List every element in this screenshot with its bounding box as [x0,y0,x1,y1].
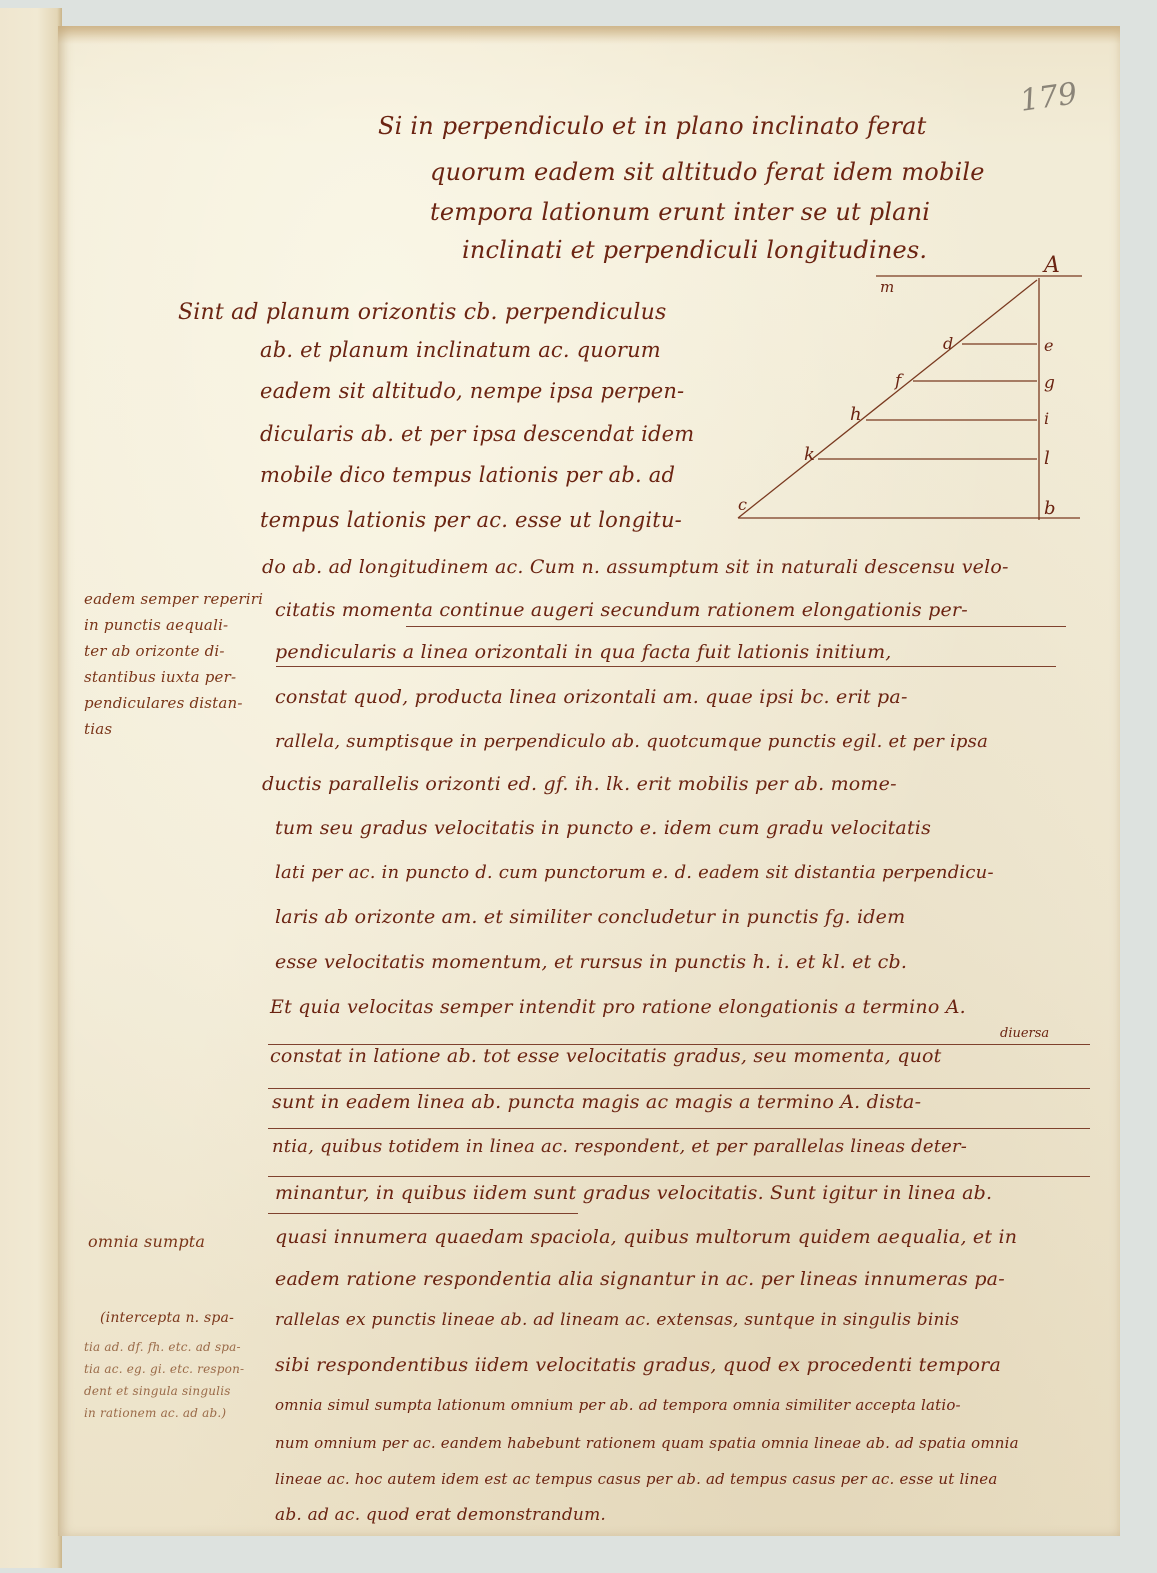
body-line: ab. ad ac. quod erat demonstrandum. [275,1505,606,1525]
underline [268,1176,1090,1177]
body-line: ductis parallelis orizonti ed. gf. ih. l… [262,773,897,795]
body-line: pendicularis a linea orizontali in qua f… [275,641,892,663]
margin-line: tia ad. df. fh. etc. ad spa- [84,1340,241,1354]
margin-line: tias [84,720,112,738]
label-l: l [1044,448,1050,469]
label-i: i [1044,409,1049,428]
body-line: ntia, quibus totidem in linea ac. respon… [272,1136,967,1157]
body-line: ab. et planum inclinatum ac. quorum [260,338,661,362]
margin-line: tia ac. eg. gi. etc. respon- [84,1362,244,1376]
body-line: laris ab orizonte am. et similiter concl… [275,906,905,928]
label-k: k [804,444,815,465]
underline [406,626,1066,627]
body-line: esse velocitatis momentum, et rursus in … [275,951,907,973]
label-A: A [1042,253,1060,278]
body-line: dicularis ab. et per ipsa descendat idem [260,422,694,446]
body-line: eadem ratione respondentia alia signantu… [275,1268,1005,1290]
body-line: sunt in eadem linea ab. puncta magis ac … [272,1091,921,1113]
underline [268,1128,1090,1129]
body-line: omnia simul sumpta lationum omnium per a… [275,1396,961,1414]
margin-line: eadem semper reperiri [84,590,263,608]
inclined-plane-ac [738,280,1037,518]
label-b: b [1044,498,1056,519]
margin-line: ter ab orizonte di- [84,642,225,660]
label-h: h [850,404,862,425]
body-line: lati per ac. in puncto d. cum punctorum … [275,862,994,883]
underline [276,666,1056,667]
label-g: g [1044,373,1055,393]
margin-line: in rationem ac. ad ab.) [84,1406,226,1420]
label-c: c [738,495,747,514]
body-line: rallela, sumptisque in perpendiculo ab. … [275,731,988,752]
body-line: Sint ad planum orizontis cb. perpendicul… [178,300,666,325]
body-line: Et quia velocitas semper intendit pro ra… [270,996,966,1018]
body-line: citatis momenta continue augeri secundum… [275,599,968,621]
body-line: num omnium per ac. eandem habebunt ratio… [275,1434,1019,1452]
underline [268,1088,1090,1089]
margin-line: (intercepta n. spa- [100,1310,234,1326]
body-line: lineae ac. hoc autem idem est ac tempus … [275,1470,998,1488]
body-line: constat quod, producta linea orizontali … [275,686,908,708]
underline [268,1213,578,1214]
margin-line: pendiculares distan- [84,694,243,712]
body-line: do ab. ad longitudinem ac. Cum n. assump… [262,556,1009,578]
body-line: tum seu gradus velocitatis in puncto e. … [275,817,931,839]
margin-line: in punctis aequali- [84,616,228,634]
label-m: m [880,278,894,296]
body-line: sibi respondentibus iidem velocitatis gr… [275,1354,1001,1376]
body-line: tempus lationis per ac. esse ut longitu- [260,508,682,532]
body-line: eadem sit altitudo, nempe ipsa perpen- [260,379,684,403]
body-line: mobile dico tempus lationis per ab. ad [260,463,675,487]
margin-line: stantibus iuxta per- [84,668,236,686]
body-line: constat in latione ab. tot esse velocita… [270,1045,942,1067]
body-line: quasi innumera quaedam spaciola, quibus … [275,1226,1017,1248]
margin-insert: omnia sumpta [88,1232,205,1251]
body-line: rallelas ex punctis lineae ab. ad lineam… [275,1310,959,1330]
label-d: d [943,334,953,353]
margin-line: dent et singula singulis [84,1384,231,1398]
body-line: minantur, in quibus iidem sunt gradus ve… [275,1182,992,1204]
interlinear-insert: diuersa [1000,1026,1049,1041]
underline [268,1044,1090,1045]
label-e: e [1044,336,1053,355]
